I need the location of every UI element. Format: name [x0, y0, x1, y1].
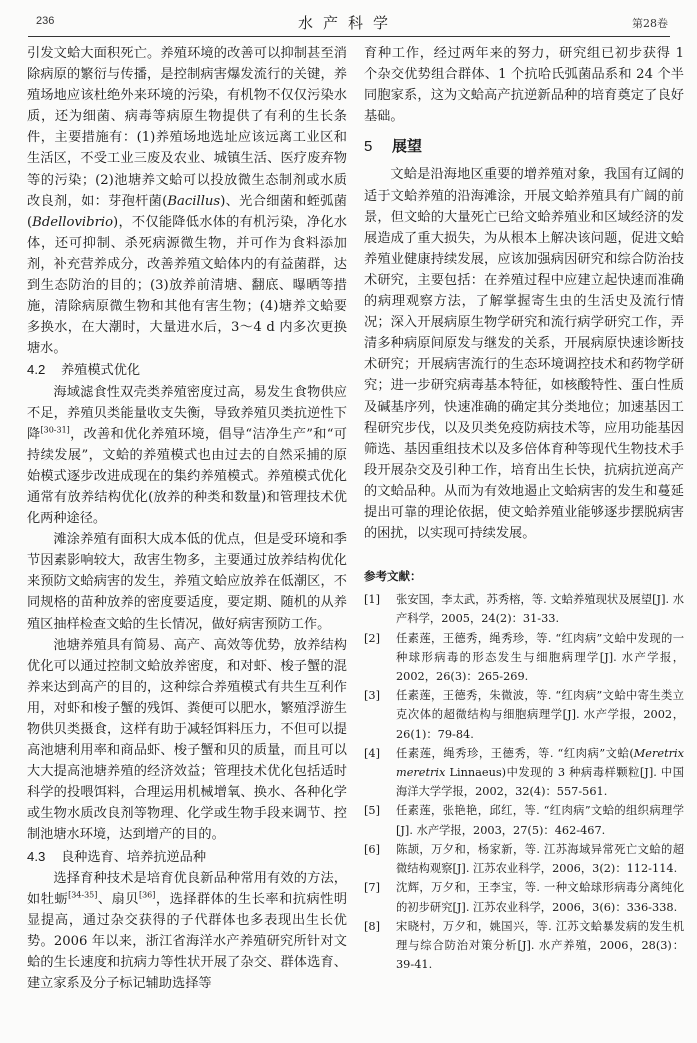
- journal-title: 水产科学: [28, 12, 668, 33]
- paragraph-pond: 池塘养殖具有简易、高产、高效等优势，放养结构优化可以通过控制文蛤放养密度，和对虾…: [27, 635, 347, 846]
- paragraph-outlook: 文蛤是沿海地区重要的增养殖对象，我国有辽阔的适于文蛤养殖的沿海滩涂，开展文蛤养殖…: [364, 164, 684, 544]
- reference-item: [6]陈颉，万夕和，杨家新，等. 江苏海域异常死亡文蛤的超微结构观察[J]. 江…: [364, 840, 684, 878]
- reference-list: [1]张安国，李太武，苏秀榕，等. 文蛤养殖现状及展望[J]. 水产科学，200…: [364, 590, 684, 974]
- paragraph-breeding: 选择育种技术是培育优良新品种常用有效的方法，如牡蛎[34-35]、扇贝[36]，…: [27, 868, 347, 995]
- reference-item: [2]任素莲，王德秀，绳秀珍，等. “红肉病”文蛤中发现的一种球形病毒的形态发生…: [364, 629, 684, 687]
- reference-item: [3]任素莲，王德秀，朱微波，等. “红肉病”文蛤中寄生类立克次体的超微结构与细…: [364, 686, 684, 744]
- reference-item: [8]宋晓村，万夕和，姚国兴，等. 江苏文蛤暴发病的发生机理与综合防治对策分析[…: [364, 917, 684, 975]
- reference-item: [4]任素莲，绳秀珍，王德秀，等. “红肉病”文蛤(Meretrix meret…: [364, 744, 684, 802]
- right-column: 育种工作，经过两年来的努力，研究组已初步获得 1 个杂交优势组合群体、1 个抗哈…: [364, 43, 684, 974]
- reference-item: [1]张安国，李太武，苏秀榕，等. 文蛤养殖现状及展望[J]. 水产科学，200…: [364, 590, 684, 628]
- subsection-4-2-heading: 4.2养殖模式优化: [27, 359, 347, 381]
- paragraph-density: 海域滤食性双壳类养殖密度过高，易发生食物供应不足，养殖贝类能量收支失衡，导致养殖…: [27, 382, 347, 530]
- paragraph-environment: 引发文蛤大面积死亡。养殖环境的改善可以抑制甚至消除病原的繁衍与传播，是控制病害爆…: [27, 43, 347, 359]
- citation[interactable]: [30-31]: [40, 425, 69, 434]
- left-column: 引发文蛤大面积死亡。养殖环境的改善可以抑制甚至消除病原的繁衍与传播，是控制病害爆…: [27, 43, 347, 994]
- volume-label: 第28卷: [632, 15, 668, 31]
- reference-item: [7]沈辉，万夕和，王李宝，等. 一种文蛤球形病毒分离纯化的初步研究[J]. 江…: [364, 878, 684, 916]
- citation[interactable]: [36]: [139, 890, 155, 899]
- references-heading: 参考文献：: [364, 566, 684, 587]
- subsection-4-3-heading: 4.3良种选育、培养抗逆品种: [27, 846, 347, 868]
- paragraph-breeding-cont: 育种工作，经过两年来的努力，研究组已初步获得 1 个杂交优势组合群体、1 个抗哈…: [364, 43, 684, 127]
- header-rule: [28, 36, 670, 37]
- citation[interactable]: [34-35]: [68, 890, 97, 899]
- reference-item: [5]任素莲，张艳艳，邱红，等. “红肉病”文蛤的组织病理学[J]. 水产学报，…: [364, 801, 684, 839]
- paragraph-tidal-flat: 滩涂养殖有面积大成本低的优点，但是受环境和季节因素影响较大，敌害生物多，主要通过…: [27, 529, 347, 634]
- running-header: 236 水产科学 第28卷: [28, 12, 668, 34]
- section-5-heading: 5展望: [364, 136, 684, 157]
